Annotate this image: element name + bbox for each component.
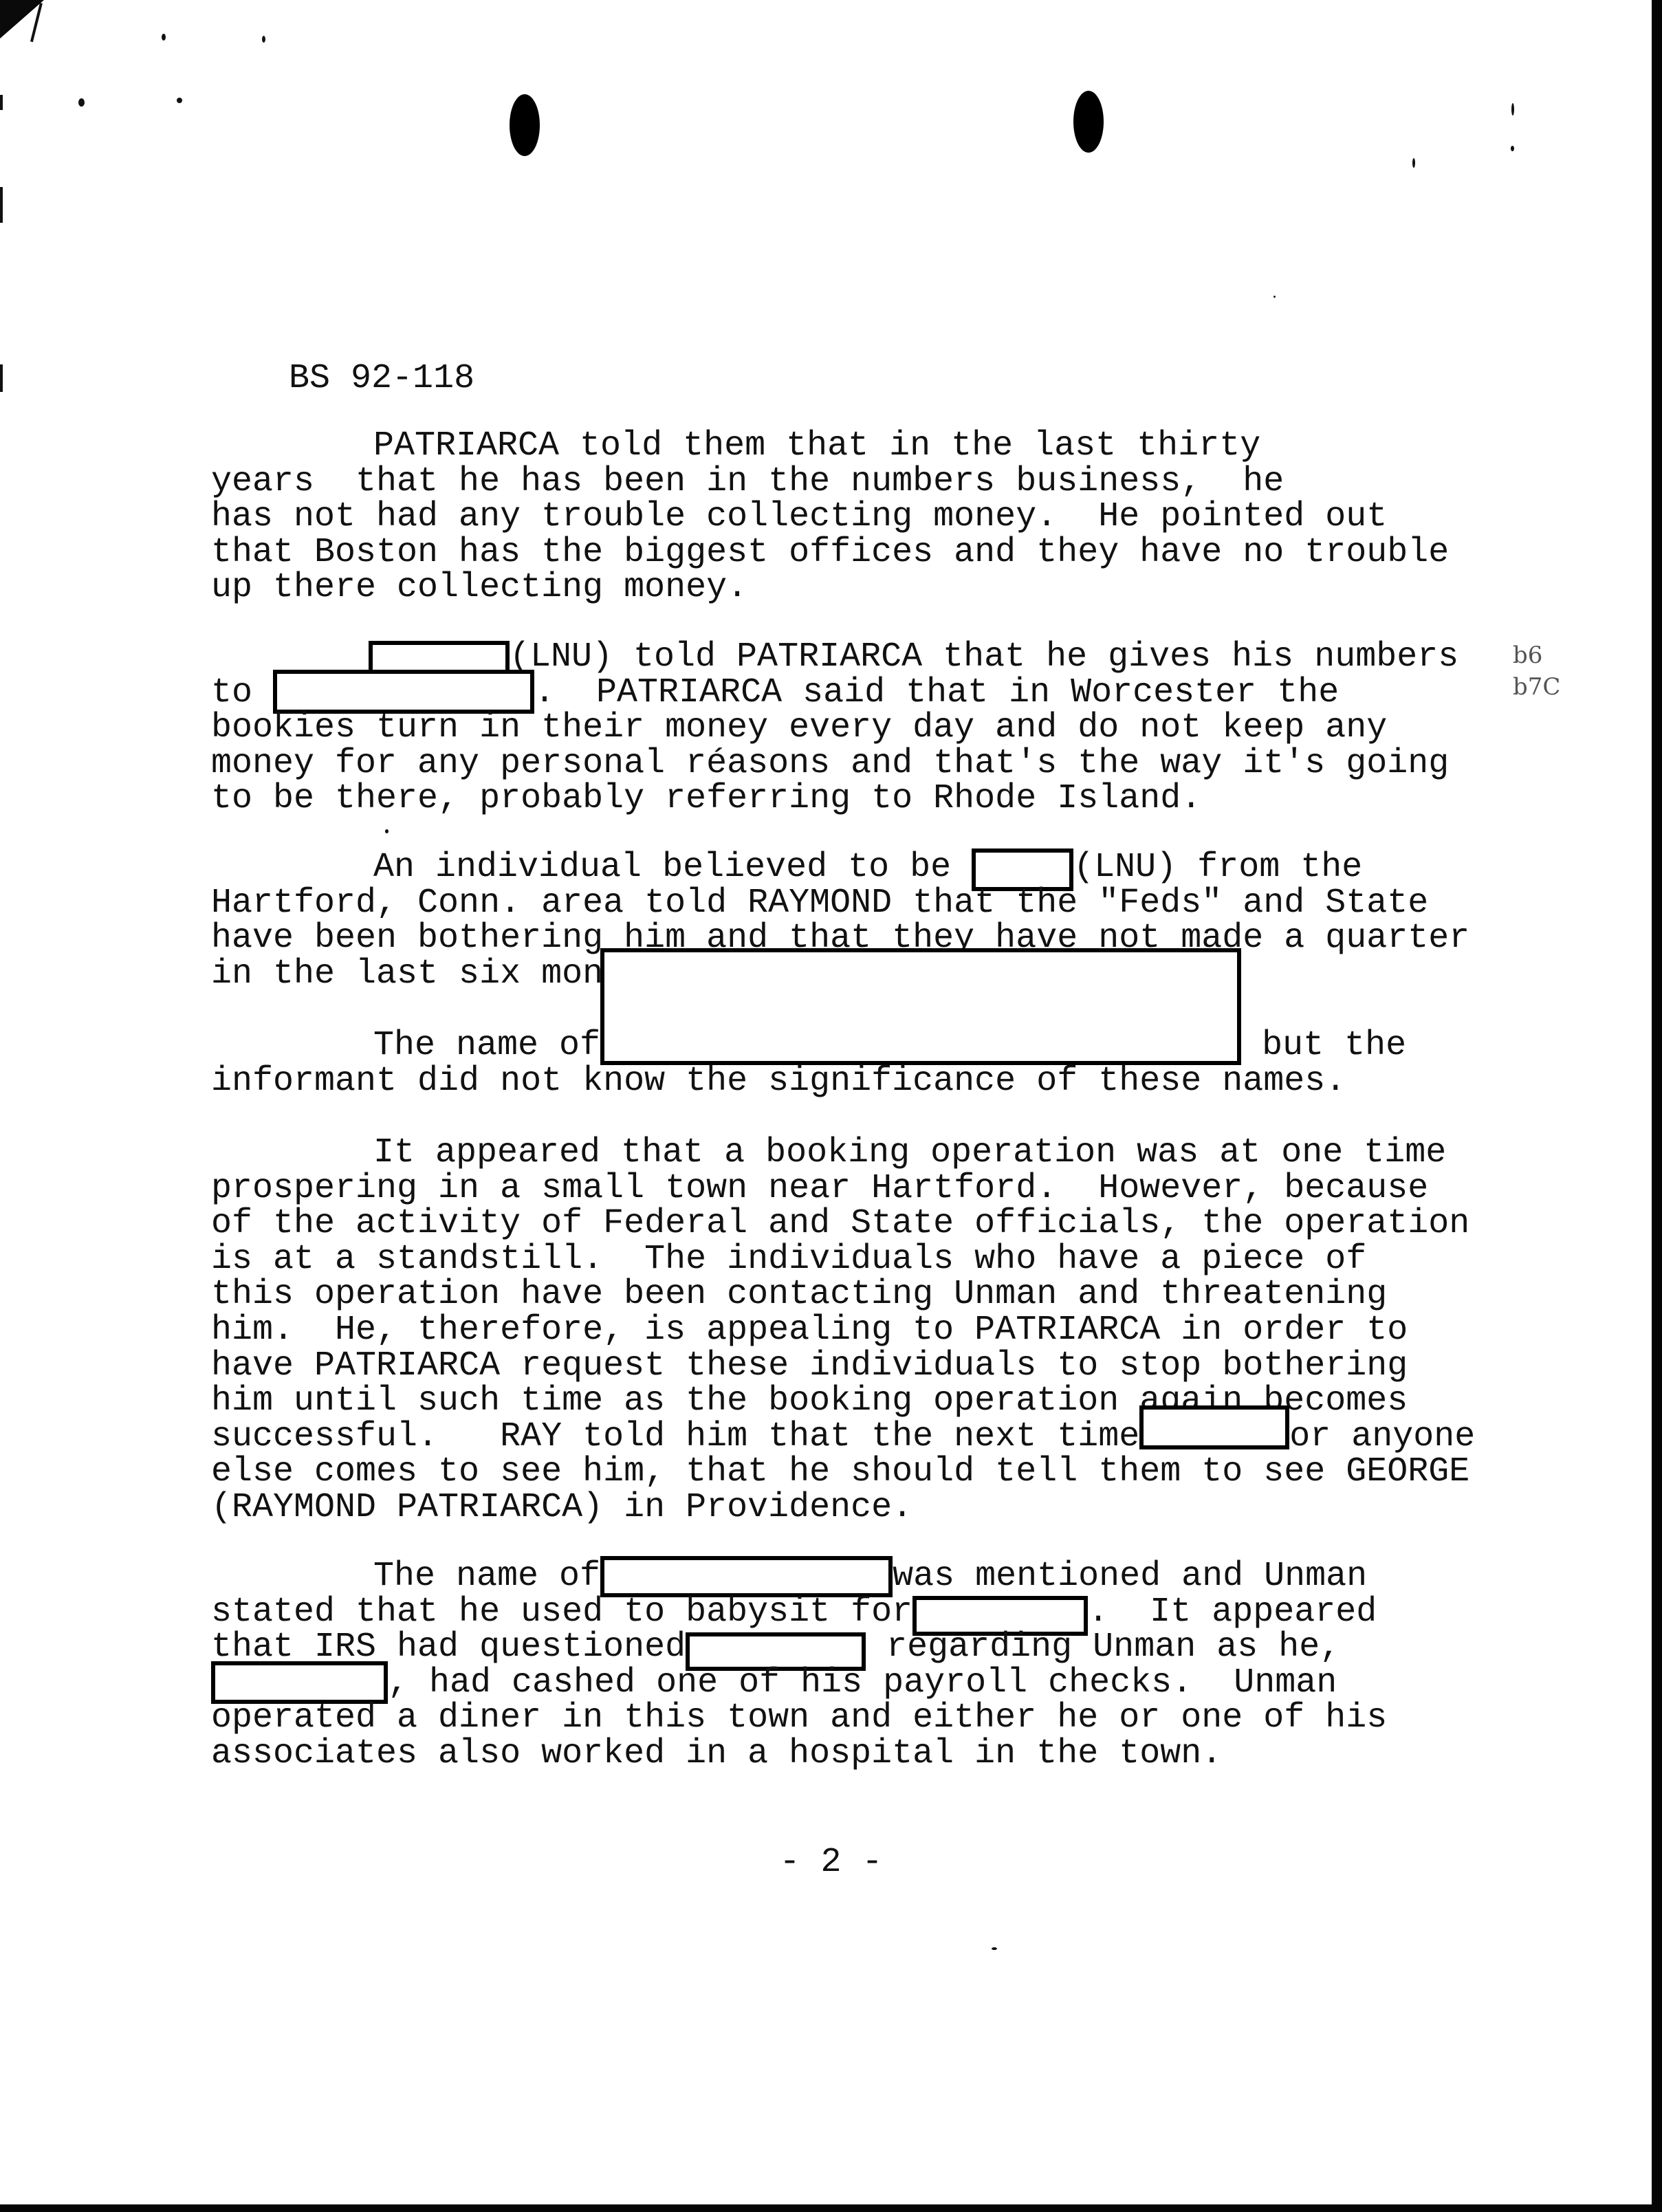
text-line: to . PATRIARCA said that in Worcester th… [211,675,1339,711]
file-number: BS 92-118 [206,325,474,361]
text-line: of the activity of Federal and State off… [211,1206,1469,1242]
text-line: is at a standstill. The individuals who … [211,1242,1366,1278]
text-line: up there collecting money. [211,570,747,606]
text-segment: that Boston has the biggest offices and … [211,535,1449,571]
text-segment: associates also worked in a hospital in … [211,1736,1222,1772]
text-segment: operated a diner in this town and either… [211,1700,1387,1736]
text-line: Hartford, Conn. area told RAYMOND that t… [211,886,1428,921]
text-segment: is at a standstill. The individuals who … [211,1242,1366,1278]
text-segment: stated that he used to babysit for [211,1595,933,1630]
text-line: operated a diner in this town and either… [211,1700,1387,1736]
redaction-box [211,1661,388,1704]
text-segment: , had cashed one of his payroll checks. … [388,1665,1337,1701]
text-line: this operation have been contacting Unma… [211,1277,1387,1313]
text-segment: bookies turn in their money every day an… [211,710,1387,746]
text-line: have PATRIARCA request these individuals… [211,1348,1408,1384]
text-segment: prospering in a small town near Hartford… [211,1171,1428,1207]
text-line: prospering in a small town near Hartford… [211,1171,1428,1207]
text-line: has not had any trouble collecting money… [211,499,1387,535]
text-segment: that IRS had questioned [211,1630,706,1665]
text-line: money for any personal réasons and that'… [211,746,1449,782]
redaction-box [1139,1405,1289,1449]
text-line: The name of was mentioned and Unman [373,1559,1367,1595]
text-segment: has not had any trouble collecting money… [211,499,1387,535]
text-segment: informant did not know the significance … [211,1064,1346,1099]
text-segment: (RAYMOND PATRIARCA) in Providence. [211,1490,912,1526]
text-line: bookies turn in their money every day an… [211,710,1387,746]
file-number-text: BS 92-118 [289,359,474,398]
text-segment: or anyone [1289,1419,1475,1455]
text-segment: up there collecting money. [211,570,747,606]
text-segment: successful. RAY told him that the next t… [211,1419,1139,1455]
text-segment: have PATRIARCA request these individuals… [211,1348,1408,1384]
text-line: else comes to see him, that he should te… [211,1454,1469,1490]
text-line: (RAYMOND PATRIARCA) in Providence. [211,1490,912,1526]
text-segment: (LNU) from the [1073,850,1362,886]
text-line: An individual believed to be (LNU) from … [373,850,1362,886]
text-segment: of the activity of Federal and State off… [211,1206,1469,1242]
redaction-box [273,670,534,714]
page-number: - 2 - [0,1843,1662,1882]
text-segment: Hartford, Conn. area told RAYMOND that t… [211,886,1428,921]
text-segment: this operation have been contacting Unma… [211,1277,1387,1313]
redaction-box [600,1556,893,1597]
text-segment: An individual believed to be [373,850,972,886]
text-segment: regarding Unman as he, [866,1630,1340,1665]
text-segment: . It appeared [1088,1595,1377,1630]
text-line: PATRIARCA told them that in the last thi… [373,428,1260,464]
text-segment: The name of [373,1028,600,1064]
text-line: that Boston has the biggest offices and … [211,535,1449,571]
text-segment: PATRIARCA told them that in the last thi… [373,428,1260,464]
exemption-code-b6: b6 [1513,639,1542,671]
text-segment: The name of [373,1559,621,1595]
text-segment: . PATRIARCA said that in Worcester the [534,675,1339,711]
text-line: successful. RAY told him that the next t… [211,1419,1475,1455]
exemption-code-b7c: b7C [1513,671,1560,703]
document-text: BS 92-118 PATRIARCA told them that in th… [0,0,1662,2212]
text-line: years that he has been in the numbers bu… [211,464,1284,500]
text-line: It appeared that a booking operation was… [373,1135,1446,1171]
text-line: to be there, probably referring to Rhode… [211,781,1201,817]
text-segment: (LNU) told PATRIARCA that he gives his n… [510,639,1458,675]
text-line: , had cashed one of his payroll checks. … [211,1665,1337,1701]
text-line: (LNU) told PATRIARCA that he gives his n… [371,639,1458,675]
text-segment: years that he has been in the numbers bu… [211,464,1284,500]
text-line: associates also worked in a hospital in … [211,1736,1222,1772]
text-segment: to [211,675,273,711]
text-segment: but the [1241,1028,1406,1064]
text-line: that IRS had questioned regarding Unman … [211,1630,1340,1665]
text-line: stated that he used to babysit for . It … [211,1595,1377,1630]
text-segment: was mentioned and Unman [893,1559,1367,1595]
text-segment: It appeared that a booking operation was… [373,1135,1446,1171]
text-line: informant did not know the significance … [211,1064,1346,1099]
text-line: The name of but the [373,1028,1406,1064]
text-line: him. He, therefore, is appealing to PATR… [211,1313,1408,1348]
redaction-box [600,948,1241,1065]
text-segment: else comes to see him, that he should te… [211,1454,1469,1490]
text-segment: money for any personal réasons and that'… [211,746,1449,782]
text-segment: to be there, probably referring to Rhode… [211,781,1201,817]
text-segment: him. He, therefore, is appealing to PATR… [211,1313,1408,1348]
